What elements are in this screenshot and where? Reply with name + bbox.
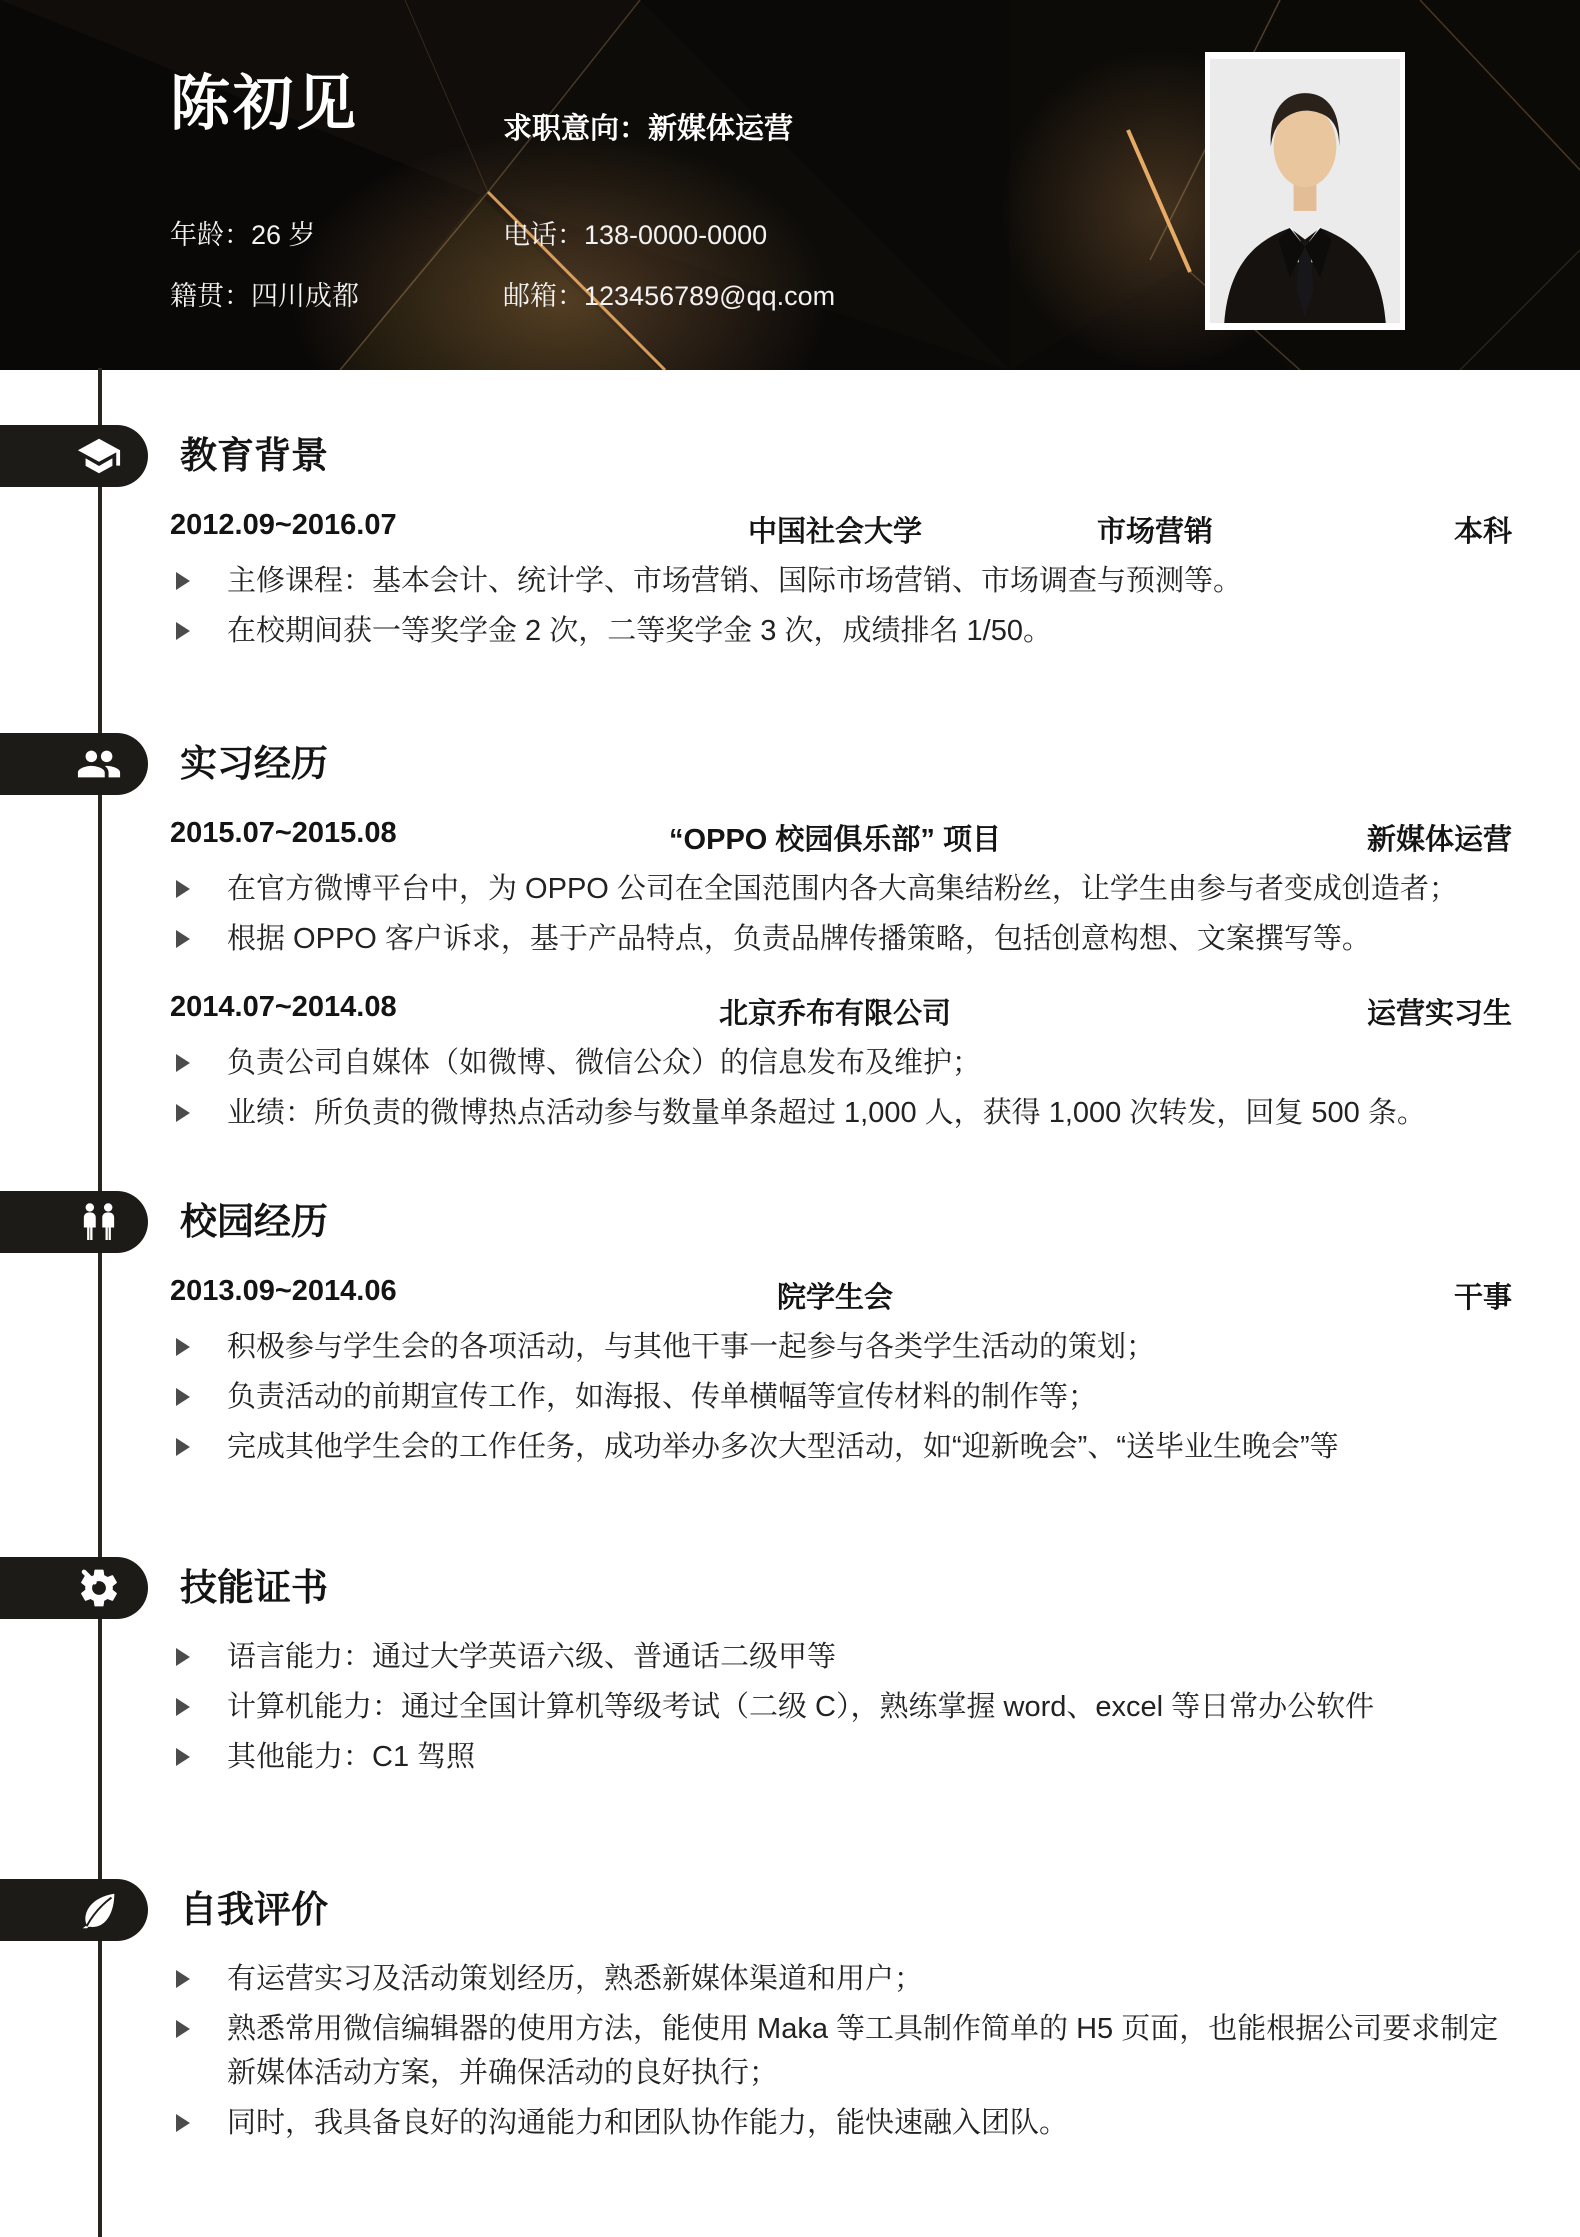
section-internship-content: 2015.07~2015.08 “OPPO 校园俱乐部” 项目 新媒体运营 在官…	[170, 817, 1512, 1135]
contact-email: 邮箱：123456789@qq.com	[503, 274, 835, 313]
bullet-text: 在官方微博平台中，为 OPPO 公司在全国范围内各大高集结粉丝，让学生由参与者变…	[227, 867, 1458, 911]
entry-major: 市场营销	[1097, 509, 1213, 550]
phone-label: 电话：	[503, 220, 584, 250]
arrow-bullet-icon	[176, 1648, 190, 1666]
entry-organization: 北京乔布有限公司	[719, 991, 951, 1032]
bullet-list: 语言能力：通过大学英语六级、普通话二级甲等 计算机能力：通过全国计算机等级考试（…	[170, 1635, 1512, 1779]
section-self-evaluation-content: 有运营实习及活动策划经历，熟悉新媒体渠道和用户； 熟悉常用微信编辑器的使用方法，…	[170, 1957, 1512, 2145]
bullet-text: 主修课程：基本会计、统计学、市场营销、国际市场营销、市场调查与预测等。	[227, 559, 1242, 603]
gear-wrench-icon	[76, 1565, 122, 1611]
entry-date: 2014.07~2014.08	[170, 991, 397, 1024]
entry-role: 新媒体运营	[1367, 817, 1512, 858]
section-education-content: 2012.09~2016.07 中国社会大学 市场营销 本科 主修课程：基本会计…	[170, 509, 1512, 653]
arrow-bullet-icon	[176, 880, 190, 898]
bullet-item: 在校期间获一等奖学金 2 次，二等奖学金 3 次，成绩排名 1/50。	[176, 609, 1512, 653]
bullet-item: 其他能力：C1 驾照	[176, 1735, 1512, 1779]
section-internship: 实习经历 2015.07~2015.08 “OPPO 校园俱乐部” 项目 新媒体…	[0, 733, 1580, 1135]
section-icon-pill	[0, 425, 148, 487]
header: 陈初见 求职意向：新媒体运营 年龄：26 岁 电话：138-0000-0000 …	[0, 0, 1580, 370]
people-icon	[76, 741, 122, 787]
bullet-text: 负责公司自媒体（如微博、微信公众）的信息发布及维护；	[227, 1041, 981, 1085]
bullet-item: 负责公司自媒体（如微博、微信公众）的信息发布及维护；	[176, 1041, 1512, 1085]
entry-date: 2015.07~2015.08	[170, 817, 397, 850]
resume-body: 教育背景 2012.09~2016.07 中国社会大学 市场营销 本科 主修课程…	[0, 425, 1580, 2145]
arrow-bullet-icon	[176, 1338, 190, 1356]
job-intention: 求职意向：新媒体运营	[503, 106, 793, 147]
bullet-text: 语言能力：通过大学英语六级、普通话二级甲等	[227, 1635, 836, 1679]
contact-age: 年龄：26 岁	[170, 213, 316, 252]
internship-entry: 2014.07~2014.08 北京乔布有限公司 运营实习生 负责公司自媒体（如…	[170, 991, 1512, 1135]
arrow-bullet-icon	[176, 1388, 190, 1406]
section-education-header: 教育背景	[0, 425, 1580, 487]
section-self-evaluation-header: 自我评价	[0, 1879, 1580, 1941]
bullet-text: 同时，我具备良好的沟通能力和团队协作能力，能快速融入团队。	[227, 2101, 1068, 2145]
bullet-text: 完成其他学生会的工作任务，成功举办多次大型活动，如“迎新晚会”、“送毕业生晚会”…	[227, 1425, 1339, 1469]
bullet-item: 完成其他学生会的工作任务，成功举办多次大型活动，如“迎新晚会”、“送毕业生晚会”…	[176, 1425, 1512, 1469]
age-label: 年龄：	[170, 220, 251, 250]
bullet-item: 在官方微博平台中，为 OPPO 公司在全国范围内各大高集结粉丝，让学生由参与者变…	[176, 867, 1512, 911]
contact-origin: 籍贯：四川成都	[170, 274, 359, 313]
education-entry: 2012.09~2016.07 中国社会大学 市场营销 本科 主修课程：基本会计…	[170, 509, 1512, 653]
profile-photo	[1205, 52, 1405, 330]
portrait-illustration	[1210, 57, 1400, 325]
bullet-text: 积极参与学生会的各项活动，与其他干事一起参与各类学生活动的策划；	[227, 1325, 1155, 1369]
bullet-item: 熟悉常用微信编辑器的使用方法，能使用 Maka 等工具制作简单的 H5 页面，也…	[176, 2007, 1512, 2095]
section-title: 自我评价	[180, 1879, 1580, 1941]
bullet-item: 根据 OPPO 客户诉求，基于产品特点，负责品牌传播策略，包括创意构想、文案撰写…	[176, 917, 1512, 961]
origin-value: 四川成都	[251, 281, 359, 311]
arrow-bullet-icon	[176, 572, 190, 590]
arrow-bullet-icon	[176, 1054, 190, 1072]
section-icon-pill	[0, 1191, 148, 1253]
entry-role: 干事	[1454, 1275, 1512, 1316]
section-education: 教育背景 2012.09~2016.07 中国社会大学 市场营销 本科 主修课程…	[0, 425, 1580, 653]
arrow-bullet-icon	[176, 1970, 190, 1988]
entry-organization: “OPPO 校园俱乐部” 项目	[669, 817, 1001, 858]
entry-header: 2015.07~2015.08 “OPPO 校园俱乐部” 项目 新媒体运营	[170, 817, 1512, 857]
entry-organization: 院学生会	[777, 1275, 893, 1316]
section-campus: 校园经历 2013.09~2014.06 院学生会 干事 积极参与学生会的各项活…	[0, 1191, 1580, 1469]
bullet-text: 在校期间获一等奖学金 2 次，二等奖学金 3 次，成绩排名 1/50。	[227, 609, 1052, 653]
entry-header: 2014.07~2014.08 北京乔布有限公司 运营实习生	[170, 991, 1512, 1031]
section-skills: 技能证书 语言能力：通过大学英语六级、普通话二级甲等 计算机能力：通过全国计算机…	[0, 1557, 1580, 1779]
bullet-list: 在官方微博平台中，为 OPPO 公司在全国范围内各大高集结粉丝，让学生由参与者变…	[170, 867, 1512, 961]
section-self-evaluation: 自我评价 有运营实习及活动策划经历，熟悉新媒体渠道和用户； 熟悉常用微信编辑器的…	[0, 1879, 1580, 2145]
bullet-item: 有运营实习及活动策划经历，熟悉新媒体渠道和用户；	[176, 1957, 1512, 2001]
section-internship-header: 实习经历	[0, 733, 1580, 795]
entry-degree: 本科	[1454, 509, 1512, 550]
phone-value: 138-0000-0000	[584, 220, 767, 250]
bullet-text: 熟悉常用微信编辑器的使用方法，能使用 Maka 等工具制作简单的 H5 页面，也…	[227, 2007, 1512, 2095]
section-skills-header: 技能证书	[0, 1557, 1580, 1619]
section-campus-header: 校园经历	[0, 1191, 1580, 1253]
bullet-text: 计算机能力：通过全国计算机等级考试（二级 C），熟练掌握 word、excel …	[227, 1685, 1374, 1729]
section-title: 校园经历	[180, 1191, 1580, 1253]
email-label: 邮箱：	[503, 281, 584, 311]
bullet-item: 负责活动的前期宣传工作，如海报、传单横幅等宣传材料的制作等；	[176, 1375, 1512, 1419]
bullet-item: 主修课程：基本会计、统计学、市场营销、国际市场营销、市场调查与预测等。	[176, 559, 1512, 603]
internship-entry: 2015.07~2015.08 “OPPO 校园俱乐部” 项目 新媒体运营 在官…	[170, 817, 1512, 961]
arrow-bullet-icon	[176, 1698, 190, 1716]
bullet-item: 积极参与学生会的各项活动，与其他干事一起参与各类学生活动的策划；	[176, 1325, 1512, 1369]
graduation-cap-icon	[76, 433, 122, 479]
bullet-list: 有运营实习及活动策划经历，熟悉新媒体渠道和用户； 熟悉常用微信编辑器的使用方法，…	[170, 1957, 1512, 2145]
campus-entry: 2013.09~2014.06 院学生会 干事 积极参与学生会的各项活动，与其他…	[170, 1275, 1512, 1469]
bullet-item: 同时，我具备良好的沟通能力和团队协作能力，能快速融入团队。	[176, 2101, 1512, 2145]
contact-phone: 电话：138-0000-0000	[503, 213, 767, 252]
arrow-bullet-icon	[176, 622, 190, 640]
section-campus-content: 2013.09~2014.06 院学生会 干事 积极参与学生会的各项活动，与其他…	[170, 1275, 1512, 1469]
email-value: 123456789@qq.com	[584, 281, 835, 311]
entry-date: 2013.09~2014.06	[170, 1275, 397, 1308]
section-icon-pill	[0, 1879, 148, 1941]
candidate-name: 陈初见	[170, 68, 359, 140]
bullet-item: 语言能力：通过大学英语六级、普通话二级甲等	[176, 1635, 1512, 1679]
section-skills-content: 语言能力：通过大学英语六级、普通话二级甲等 计算机能力：通过全国计算机等级考试（…	[170, 1635, 1512, 1779]
resume-page: 陈初见 求职意向：新媒体运营 年龄：26 岁 电话：138-0000-0000 …	[0, 0, 1580, 2237]
arrow-bullet-icon	[176, 1438, 190, 1456]
arrow-bullet-icon	[176, 1748, 190, 1766]
entry-date: 2012.09~2016.07	[170, 509, 397, 542]
section-icon-pill	[0, 1557, 148, 1619]
bullet-list: 负责公司自媒体（如微博、微信公众）的信息发布及维护； 业绩：所负责的微博热点活动…	[170, 1041, 1512, 1135]
leaf-icon	[76, 1887, 122, 1933]
origin-label: 籍贯：	[170, 281, 251, 311]
section-title: 技能证书	[180, 1557, 1580, 1619]
section-title: 教育背景	[180, 425, 1580, 487]
arrow-bullet-icon	[176, 2020, 190, 2038]
arrow-bullet-icon	[176, 930, 190, 948]
entry-header: 2012.09~2016.07 中国社会大学 市场营销 本科	[170, 509, 1512, 549]
standing-people-icon	[76, 1199, 122, 1245]
entry-role: 运营实习生	[1367, 991, 1512, 1032]
entry-school: 中国社会大学	[748, 509, 922, 550]
age-value: 26 岁	[251, 220, 316, 250]
bullet-list: 积极参与学生会的各项活动，与其他干事一起参与各类学生活动的策划； 负责活动的前期…	[170, 1325, 1512, 1469]
bullet-text: 有运营实习及活动策划经历，熟悉新媒体渠道和用户；	[227, 1957, 923, 2001]
bullet-text: 业绩：所负责的微博热点活动参与数量单条超过 1,000 人，获得 1,000 次…	[227, 1091, 1426, 1135]
entry-header: 2013.09~2014.06 院学生会 干事	[170, 1275, 1512, 1315]
bullet-text: 其他能力：C1 驾照	[227, 1735, 475, 1779]
bullet-text: 负责活动的前期宣传工作，如海报、传单横幅等宣传材料的制作等；	[227, 1375, 1097, 1419]
bullet-list: 主修课程：基本会计、统计学、市场营销、国际市场营销、市场调查与预测等。 在校期间…	[170, 559, 1512, 653]
bullet-item: 业绩：所负责的微博热点活动参与数量单条超过 1,000 人，获得 1,000 次…	[176, 1091, 1512, 1135]
arrow-bullet-icon	[176, 1104, 190, 1122]
bullet-item: 计算机能力：通过全国计算机等级考试（二级 C），熟练掌握 word、excel …	[176, 1685, 1512, 1729]
bullet-text: 根据 OPPO 客户诉求，基于产品特点，负责品牌传播策略，包括创意构想、文案撰写…	[227, 917, 1371, 961]
section-icon-pill	[0, 733, 148, 795]
section-title: 实习经历	[180, 733, 1580, 795]
arrow-bullet-icon	[176, 2114, 190, 2132]
